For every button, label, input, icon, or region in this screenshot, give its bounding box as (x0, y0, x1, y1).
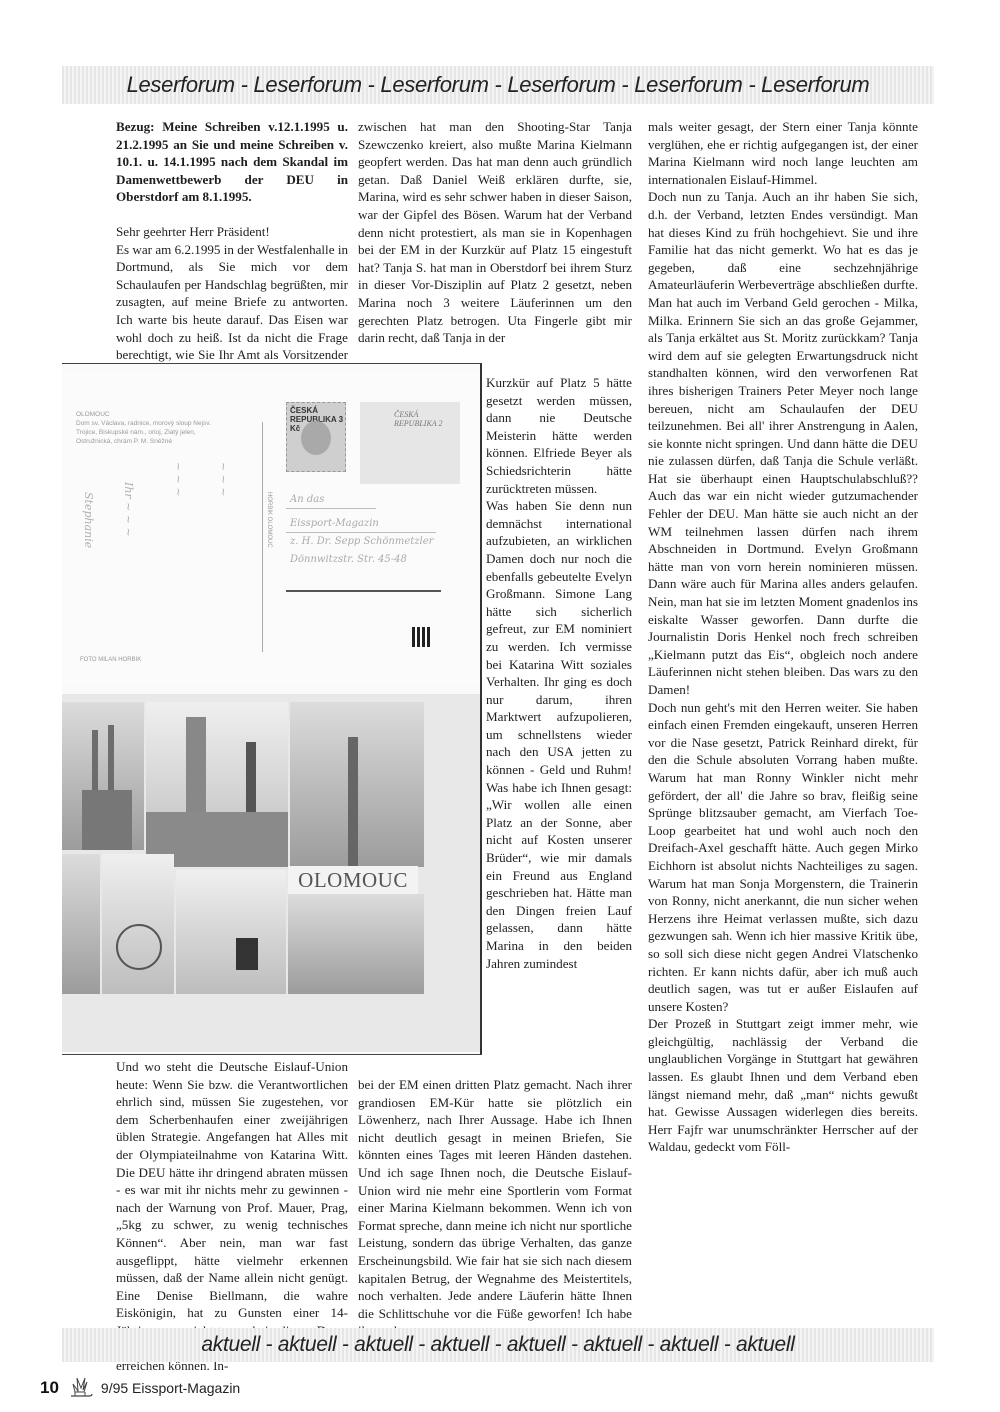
footer-band: aktuell - aktuell - aktuell - aktuell - … (62, 1328, 934, 1362)
postal-barcode-icon (412, 627, 430, 647)
section-label: aktuell - aktuell - aktuell - aktuell - … (201, 1333, 794, 1357)
stamp-portrait-icon (301, 421, 331, 455)
postage-stamp: ČESKÁ REPUBLIKA 2 (360, 402, 460, 484)
holy-trinity-column-photo (290, 702, 424, 867)
astronomical-clock-photo (102, 854, 174, 994)
issue-label: 9/95 Eissport-Magazin (101, 1380, 240, 1396)
street-corner-photo (176, 870, 286, 994)
handwriting: Stephanie (82, 492, 95, 652)
column-2-top: zwischen hat man den Shooting-Star Tanja… (358, 118, 632, 347)
section-title: Leserforum - Leserforum - Leserforum - L… (127, 72, 870, 98)
header-band: Leserforum - Leserforum - Leserforum - L… (62, 66, 934, 104)
olomouc-photo-collage: OLOMOUC (62, 694, 480, 1052)
paragraph: Kurzkür auf Platz 5 hätte gesetzt werden… (486, 374, 632, 497)
postcard-divider (262, 422, 263, 652)
paragraph: Doch nun zu Tanja. Auch an ihr haben Sie… (648, 188, 918, 698)
paragraph: Was haben Sie denn nun demnächst interna… (486, 497, 632, 972)
paragraph: Es war am 6.2.1995 in der Westfalenhalle… (116, 241, 348, 382)
postcard-back: OLOMOUC Dom sv. Václava, radnice, morový… (62, 372, 480, 684)
column-3: mals weiter gesagt, der Stern einer Tanj… (648, 118, 918, 1156)
handwriting: ~ ~ ~ (217, 462, 230, 652)
cathedral-photo (62, 702, 144, 850)
page-footer: 10 9/95 Eissport-Magazin (40, 1374, 240, 1402)
handwriting: Ihr ~ ~ ~ (122, 482, 135, 652)
postcard-image: OLOMOUC Dom sv. Václava, radnice, morový… (62, 363, 482, 1055)
page-number: 10 (40, 1378, 59, 1398)
address-line: Dönnwitzstr. Str. 45-48 (290, 554, 407, 565)
collage-title: OLOMOUC (288, 866, 418, 894)
column-2-wrap: Kurzkür auf Platz 5 hätte gesetzt werden… (486, 374, 632, 972)
postage-stamp: ČESKÁ REPUBLIKA 3 Kč (286, 402, 346, 472)
handwriting: ~ ~ ~ (172, 462, 185, 642)
paragraph: Doch nun geht's mit den Herren weiter. S… (648, 699, 918, 1016)
photo-credit: FOTO MILAN HORBIK (80, 657, 141, 663)
paragraph: zwischen hat man den Shooting-Star Tanja… (358, 118, 632, 347)
ice-skate-logo-icon (67, 1374, 95, 1402)
address-line: Eissport-Magazin (290, 518, 379, 529)
postcard-caption: OLOMOUC Dom sv. Václava, radnice, morový… (76, 410, 226, 446)
address-line: z. H. Dr. Sepp Schönmetzler (290, 536, 433, 547)
publisher-vertical: HORBIK OLOMOUC (266, 492, 272, 548)
old-town-rooftops-photo (288, 894, 424, 994)
paragraph: mals weiter gesagt, der Stern einer Tanj… (648, 118, 918, 188)
column-2-bottom: bei der EM einen dritten Platz gemacht. … (358, 1076, 632, 1340)
town-hall-photo (146, 702, 288, 867)
paragraph: Der Prozeß in Stuttgart zeigt immer mehr… (648, 1015, 918, 1156)
address-line: An das (290, 494, 324, 505)
paragraph: bei der EM einen dritten Platz gemacht. … (358, 1076, 632, 1340)
baroque-facade-photo (62, 854, 100, 994)
letter-reference: Bezug: Meine Schreiben v.12.1.1995 u. 21… (116, 118, 348, 206)
column-1-top: Bezug: Meine Schreiben v.12.1.1995 u. 21… (116, 118, 348, 381)
salutation: Sehr geehrter Herr Präsident! (116, 223, 348, 241)
